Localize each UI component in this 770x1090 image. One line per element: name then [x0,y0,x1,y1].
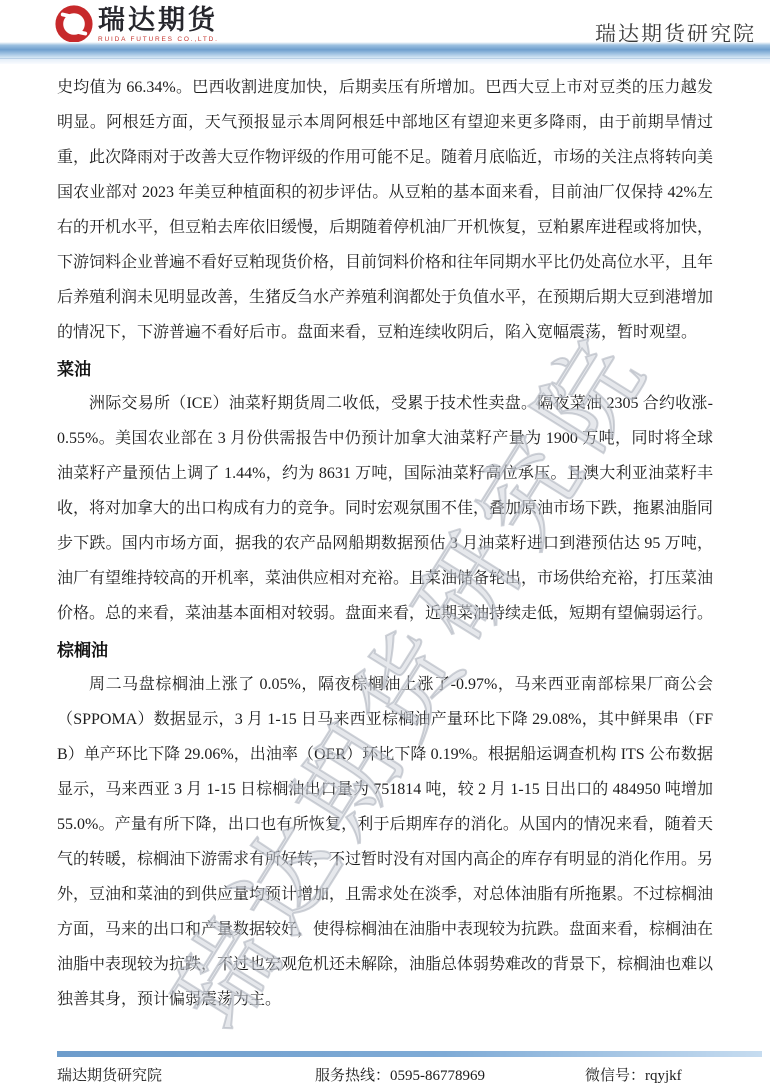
section-heading-caiyou: 菜油 [57,358,713,382]
header-divider-bar [0,42,770,59]
footer: 瑞达期货研究院 服务热线：0595-86778969 微信号：rqyjkf [57,1064,713,1088]
logo-text: 瑞达期货 RUIDA FUTURES CO.,LTD. [98,5,219,43]
logo-text-cn: 瑞达期货 [98,5,219,35]
ruida-logo-icon [55,5,93,43]
footer-hotline-label: 服务热线： [315,1068,390,1084]
footer-wechat-label: 微信号： [585,1068,645,1084]
footer-wechat: 微信号：rqyjkf [585,1064,682,1085]
section-paragraph-caiyou: 洲际交易所（ICE）油菜籽期货周二收低，受累于技术性卖盘。隔夜菜油 2305 合… [57,386,713,631]
footer-divider-bar [57,1051,762,1057]
footer-wechat-id: rqyjkf [645,1068,682,1084]
header: 瑞达期货 RUIDA FUTURES CO.,LTD. 瑞达期货研究院 [0,0,770,62]
report-content: 史均值为 66.34%。巴西收割进度加快，后期卖压有所增加。巴西大豆上市对豆类的… [57,70,713,1017]
footer-hotline-number: 0595-86778969 [390,1068,485,1084]
section-heading-zonglvyou: 棕榈油 [57,639,713,663]
lead-paragraph: 史均值为 66.34%。巴西收割进度加快，后期卖压有所增加。巴西大豆上市对豆类的… [57,70,713,350]
footer-institute: 瑞达期货研究院 [57,1064,162,1085]
footer-hotline: 服务热线：0595-86778969 [315,1064,485,1085]
page: { "header": { "logo": { "cn": "瑞达期货", "e… [0,0,770,1090]
section-paragraph-zonglvyou: 周二马盘棕榈油上涨了 0.05%，隔夜棕榈油上涨了-0.97%，马来西亚南部棕果… [57,667,713,1017]
company-logo: 瑞达期货 RUIDA FUTURES CO.,LTD. [55,5,219,43]
